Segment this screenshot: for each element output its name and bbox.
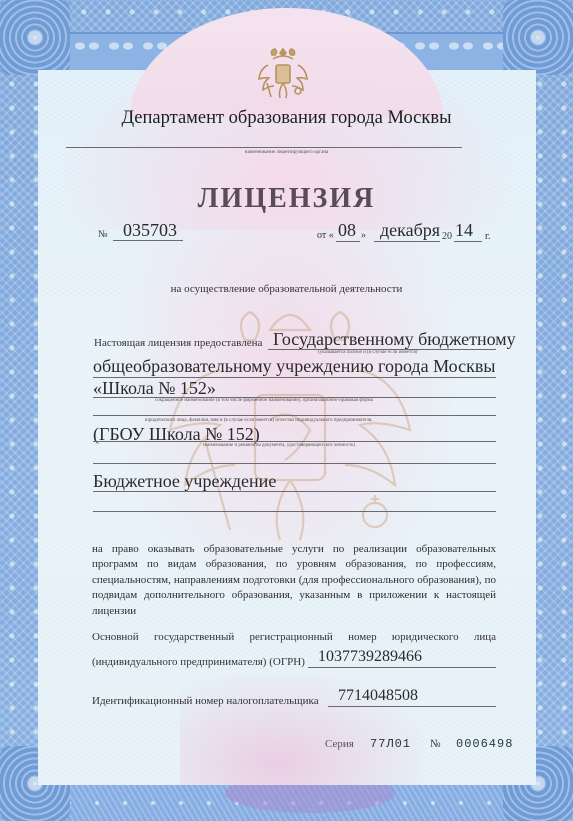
org-form: Бюджетное учреждение (93, 471, 276, 492)
licensee-line-2: общеобразовательному учреждению города М… (93, 356, 495, 377)
date-year: 14 (455, 220, 473, 241)
authority-caption: наименование лицензирующего органа (0, 150, 573, 155)
number-underline (113, 240, 183, 241)
month-underline (374, 241, 440, 242)
blank-rule (93, 463, 496, 464)
license-number: 035703 (123, 220, 177, 241)
org-form-rule (93, 491, 496, 492)
corner-ornament (0, 0, 70, 75)
ogrn-label-line-2: (индивидуального предпринимателя) (ОГРН) (92, 656, 305, 668)
caption-id-document: наименование и реквизиты документа, удос… (203, 443, 355, 448)
date-month: декабря (380, 220, 440, 241)
series-value: 77Л01 (370, 737, 411, 751)
caption-short-name: сокращенное наименование (в том числе фи… (155, 398, 373, 403)
authority-underline (66, 147, 462, 148)
short-name-rule (93, 441, 496, 442)
issuing-authority: Департамент образования города Москвы (0, 108, 573, 129)
inn-label: Идентификационный номер налогоплательщик… (92, 695, 319, 707)
russian-coat-of-arms-icon (258, 47, 308, 101)
year-underline (454, 241, 482, 242)
ogrn-value: 1037739289466 (318, 648, 422, 666)
date-day: 08 (338, 220, 356, 241)
inn-underline (328, 706, 496, 707)
date-from-label: от « (317, 230, 334, 241)
form-number: 0006498 (456, 737, 513, 751)
series-label: Серия (325, 738, 354, 750)
rights-text: на право оказывать образовательные услуг… (92, 542, 496, 619)
year-label: г. (485, 231, 490, 242)
blank-rule (93, 511, 496, 512)
ogrn-underline (308, 667, 496, 668)
caption-full-name: (указывается полное и (в случае если име… (318, 350, 417, 355)
ogrn-label-line-1: Основной государственный регистрационный… (92, 631, 496, 643)
caption-legal-entity: юридического лица, фамилия, имя и (в слу… (145, 418, 373, 423)
blank-rule (93, 415, 496, 416)
granted-to-label: Настоящая лицензия предоставлена (94, 337, 262, 349)
licensee-line-3: «Школа № 152» (93, 378, 216, 399)
year-prefix: 20 (442, 231, 452, 242)
form-number-prefix: № (430, 738, 441, 750)
date-quote-close: » (361, 230, 366, 241)
licensee-line-1: Государственному бюджетному (273, 329, 516, 350)
inn-value: 7714048508 (338, 687, 418, 705)
document-title: ЛИЦЕНЗИЯ (0, 183, 573, 215)
license-purpose: на осуществление образовательной деятель… (0, 283, 573, 295)
number-prefix: № (98, 229, 108, 240)
corner-ornament (503, 0, 573, 75)
day-underline (336, 241, 360, 242)
